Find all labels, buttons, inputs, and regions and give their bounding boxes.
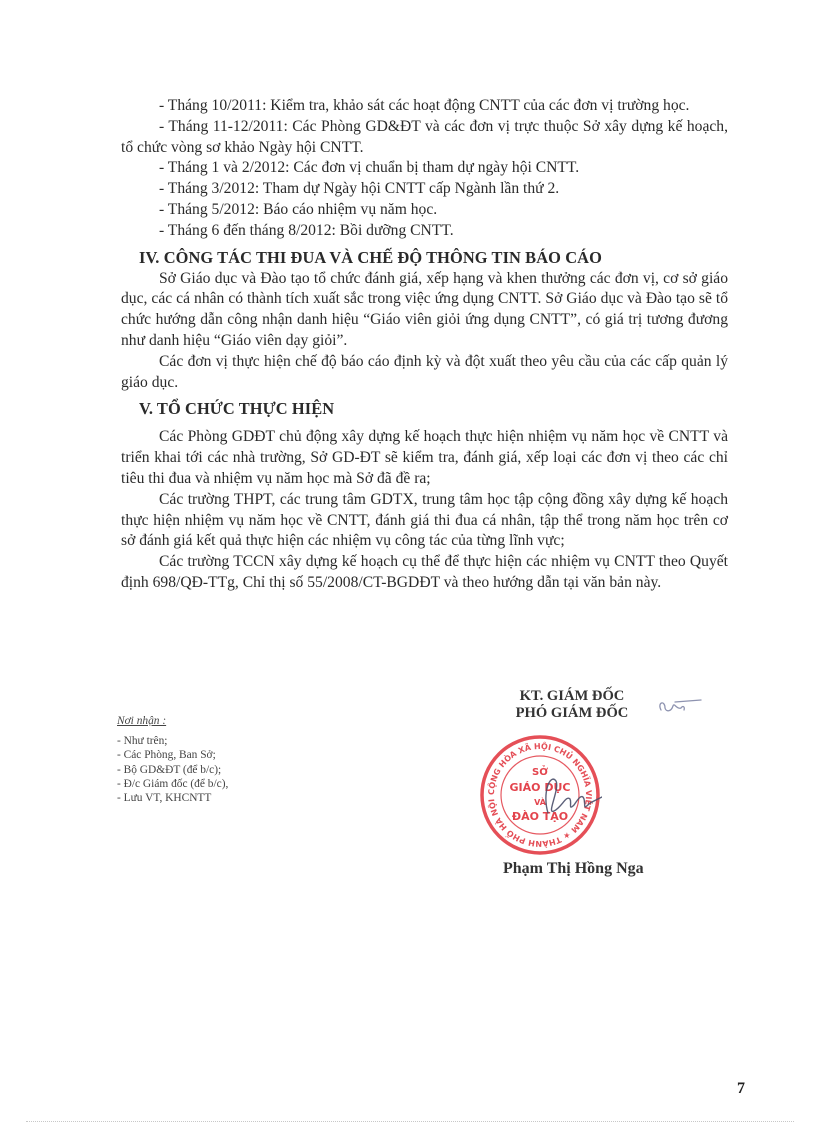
recipient-item: - Như trên; [117,734,228,748]
recipient-item: - Đ/c Giám đốc (để b/c), [117,777,228,791]
section-v-paragraph: Các trường THPT, các trung tâm GDTX, tru… [121,490,728,552]
stamp-line3: VÀ [534,796,547,807]
recipient-item: - Lưu VT, KHCNTT [117,791,228,805]
timeline-item: - Tháng 1 và 2/2012: Các đơn vị chuẩn bị… [121,158,728,179]
document-body: - Tháng 10/2011: Kiểm tra, khảo sát các … [121,96,728,594]
timeline-item: - Tháng 6 đến tháng 8/2012: Bồi dưỡng CN… [121,221,728,242]
recipients-title: Nơi nhận : [117,714,228,728]
recipient-item: - Bộ GD&ĐT (để b/c); [117,763,228,777]
section-iv-paragraph: Các đơn vị thực hiện chế độ báo cáo định… [121,352,728,394]
document-page: - Tháng 10/2011: Kiểm tra, khảo sát các … [0,0,816,1123]
section-v-paragraph: Các trường TCCN xây dựng kế hoạch cụ thể… [121,552,728,594]
timeline-item: - Tháng 5/2012: Báo cáo nhiệm vụ năm học… [121,200,728,221]
official-stamp-icon: CỘNG HÒA XÃ HỘI CHỦ NGHĨA VIỆT NAM ★ THÀ… [478,733,602,857]
signature-title-line2: PHÓ GIÁM ĐỐC [492,705,652,722]
timeline-item: - Tháng 11-12/2011: Các Phòng GD&ĐT và c… [121,117,728,159]
signer-name: Phạm Thị Hồng Nga [503,860,644,878]
section-iv-heading: IV. CÔNG TÁC THI ĐUA VÀ CHẾ ĐỘ THÔNG TIN… [121,247,728,269]
recipients-block: Nơi nhận : - Như trên; - Các Phòng, Ban … [117,714,228,805]
stamp-line1: SỞ [532,764,548,778]
signature-title-block: KT. GIÁM ĐỐC PHÓ GIÁM ĐỐC [492,688,652,722]
page-bottom-divider [26,1121,794,1122]
stamp-line2: GIÁO DỤC [510,781,571,794]
stamp-line4: ĐÀO TẠO [512,810,568,823]
signature-title-line1: KT. GIÁM ĐỐC [492,688,652,705]
timeline-item: - Tháng 3/2012: Tham dự Ngày hội CNTT cấ… [121,179,728,200]
section-v-paragraph: Các Phòng GDĐT chủ động xây dựng kế hoạc… [121,427,728,489]
timeline-item: - Tháng 10/2011: Kiểm tra, khảo sát các … [121,96,728,117]
page-number: 7 [737,1080,745,1098]
section-iv-paragraph: Sở Giáo dục và Đào tạo tổ chức đánh giá,… [121,269,728,352]
recipient-item: - Các Phòng, Ban Sở; [117,748,228,762]
initials-mark-icon [655,694,705,718]
section-v-heading: V. TỔ CHỨC THỰC HIỆN [121,398,728,420]
